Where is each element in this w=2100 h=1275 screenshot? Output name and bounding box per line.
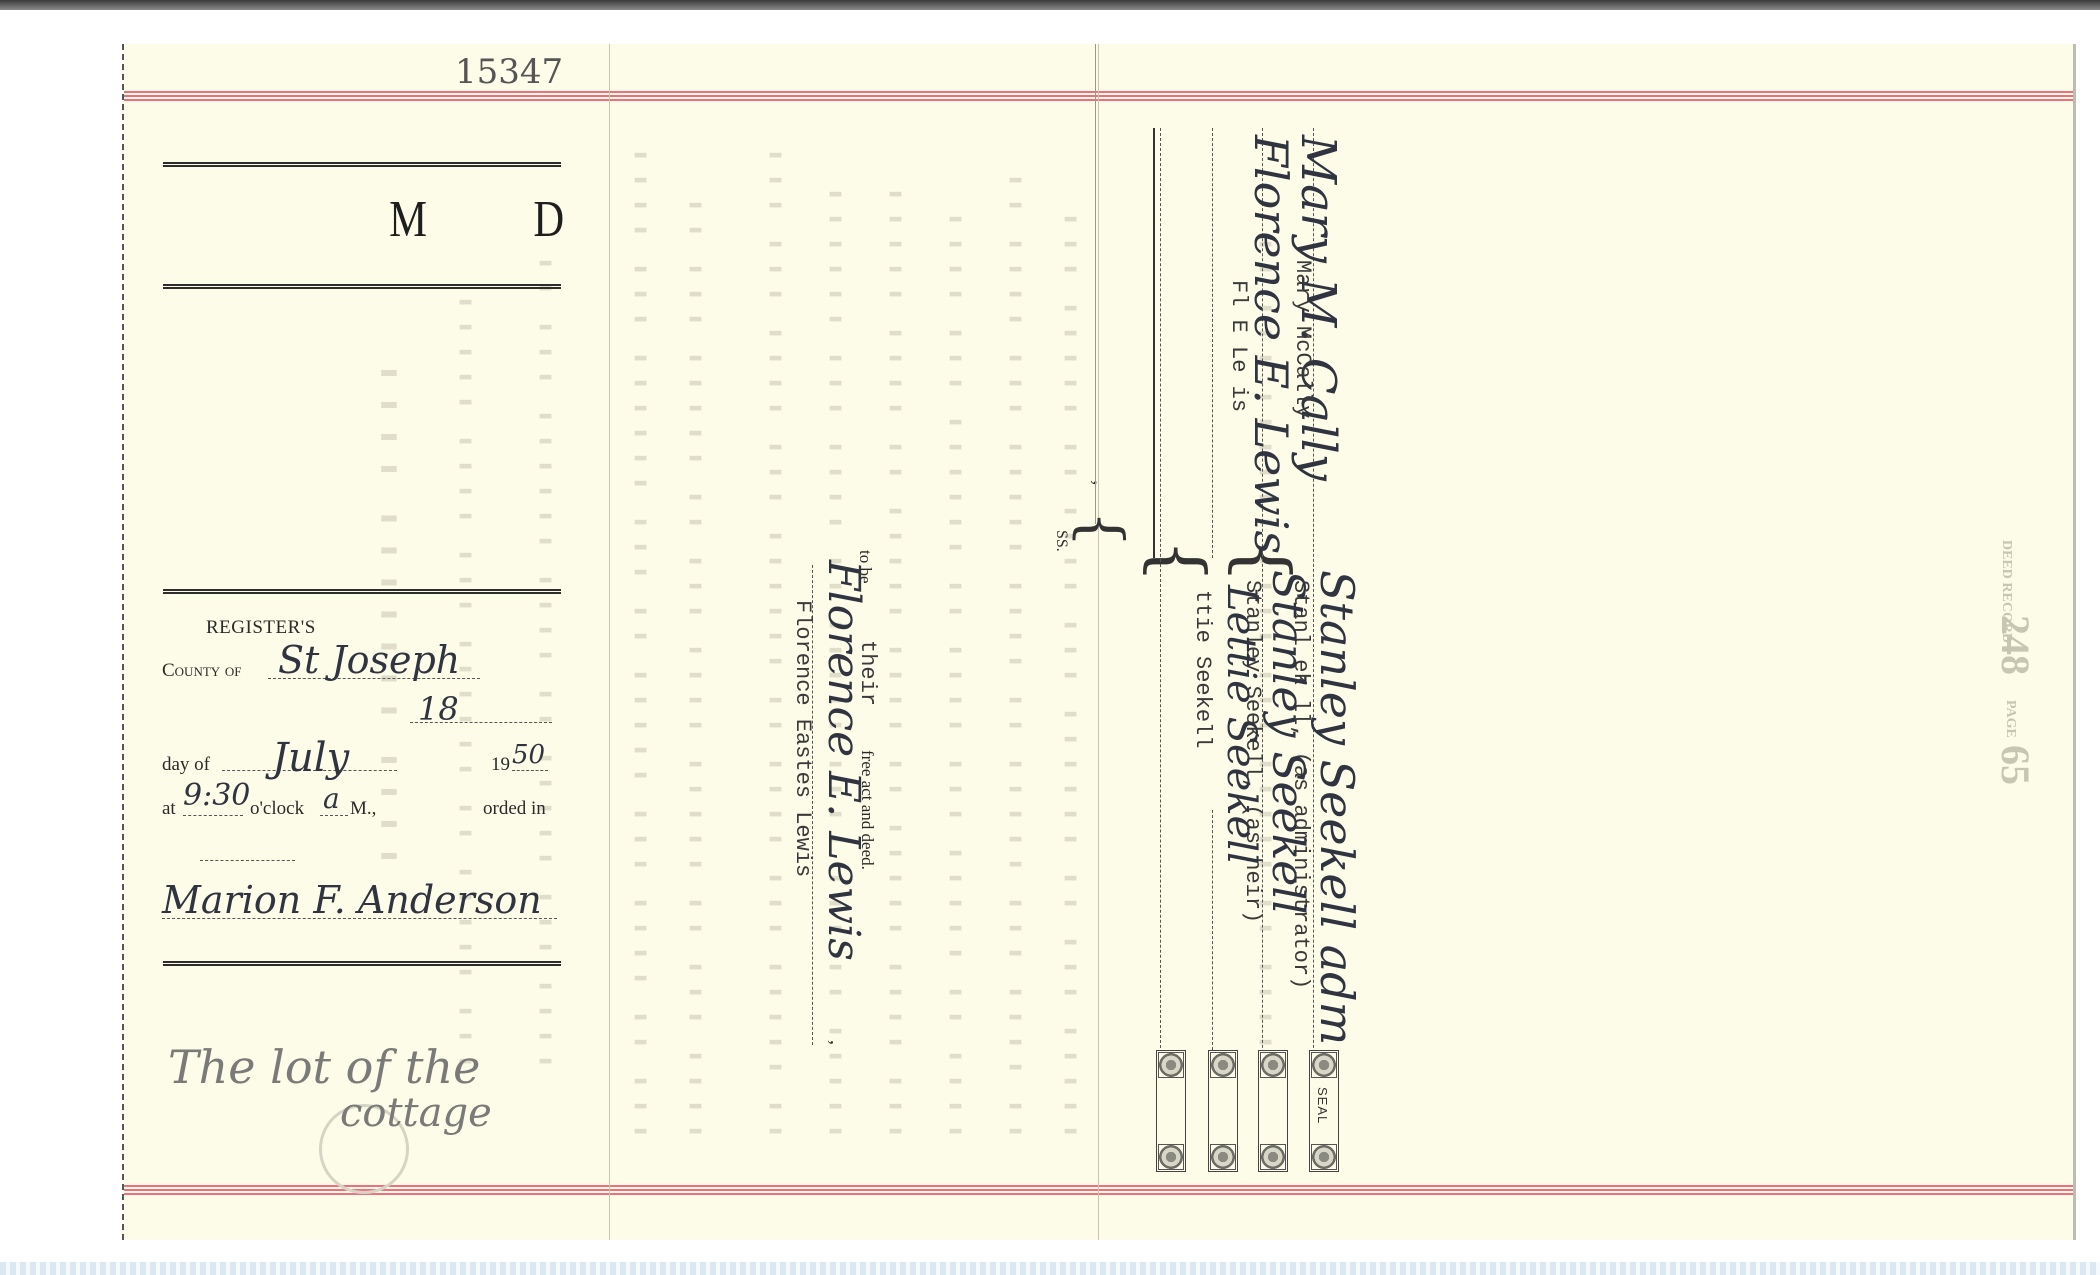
notary-signature: Florence E. Lewis — [818, 560, 869, 961]
seal-ornament-icon — [1158, 1144, 1184, 1170]
seal-box-4 — [1156, 1050, 1186, 1172]
register-heading: REGISTER'S — [206, 617, 316, 639]
scanner-bottom-strip — [0, 1262, 2100, 1275]
day-value: 18 — [418, 690, 459, 728]
signature-block-border — [1153, 128, 1155, 558]
signature-line-4 — [1160, 128, 1161, 1048]
bleed-through-text: ▬▬▬ ▬▬▬▬ ▬▬▬▬▬ ▬▬ ▬▬▬▬ ▬▬▬▬▬ ▬▬ ▬▬▬▬ ▬▬▬… — [884, 144, 907, 1144]
pencil-note-line1: The lot of the — [168, 1040, 480, 1094]
year-field-line — [512, 770, 548, 771]
at-label: at — [162, 798, 176, 820]
seal-box-3 — [1208, 1050, 1238, 1172]
title-letter-m: M — [389, 190, 427, 249]
title-rule-top — [163, 162, 561, 167]
bleed-through-text: ▬▬ ▬▬▬▬ ▬▬▬ ▬▬▬▬▬ ▬▬ ▬▬▬▬ ▬▬▬▬▬ ▬▬▬ ▬▬▬▬… — [1004, 144, 1027, 1144]
trailing-comma: , — [825, 1040, 848, 1045]
m-label: M., — [350, 798, 376, 820]
notary-typed-name: Florence Eastes Lewis — [790, 600, 815, 877]
book-field-line — [200, 860, 295, 861]
grantor-3-signature: Lettie Seekell — [1218, 585, 1264, 865]
seal-box-1: SEAL — [1309, 1050, 1339, 1172]
seal-box-2 — [1258, 1050, 1288, 1172]
seal-ornament-icon — [1210, 1052, 1236, 1078]
seal-ornament-icon — [1311, 1052, 1337, 1078]
bleed-through-text: ▬▬ ▬▬▬▬▬ ▬▬▬ ▬▬▬▬ ▬▬ ▬▬▬▬▬▬ ▬▬▬ ▬▬▬▬ ▬▬▬… — [764, 144, 787, 1144]
register-signature: Marion F. Anderson — [162, 878, 542, 922]
deed-record-page: 65 — [1992, 745, 2039, 785]
grantor-1-signature: Stanley Seekell adm — [1310, 570, 1364, 1045]
deed-record-volume: 248 — [1992, 615, 2039, 675]
grantor-3-typed: ttie Seekell — [1190, 590, 1215, 748]
bleed-through-text: ▬▬▬▬ ▬▬▬ ▬▬▬▬▬ ▬▬ ▬▬▬▬ ▬▬▬▬▬▬ ▬▬▬ ▬▬ — [534, 174, 557, 1074]
title-rule-bottom — [163, 284, 561, 289]
scanner-edge-bar — [0, 0, 2100, 10]
seal-ornament-icon — [1260, 1052, 1286, 1078]
bleed-through-title: ▬▬▬▬ ▬▬▬▬▬▬▬ ▬▬▬▬ — [374, 174, 404, 874]
register-rule-top — [163, 589, 561, 594]
signature-line-3 — [1212, 128, 1213, 558]
county-label: County of — [162, 660, 242, 682]
county-value: St Joseph — [278, 638, 460, 682]
paper-edge — [2073, 44, 2076, 1240]
fold-line-right — [1098, 44, 1099, 1240]
seal-ornament-icon — [1210, 1144, 1236, 1170]
recorded-in-label: orded in — [483, 798, 546, 820]
ampm-field-line — [320, 815, 348, 816]
seal-ornament-icon — [1260, 1144, 1286, 1170]
fold-line-left — [609, 44, 610, 1240]
register-rule-bottom — [163, 961, 561, 966]
seal-label: SEAL — [1315, 1087, 1330, 1124]
file-number: 15347 — [455, 52, 563, 92]
deed-record-page-label: PAGE — [2002, 700, 2018, 738]
seal-ornament-icon — [1158, 1052, 1184, 1078]
ampm-value: a — [323, 782, 340, 815]
title-letter-d: D — [533, 190, 564, 249]
bleed-through-text: ▬▬▬ ▬▬ ▬▬▬▬ ▬▬▬ ▬▬▬▬▬ ▬▬ ▬▬▬ ▬▬▬▬▬▬ ▬▬▬ … — [629, 144, 652, 1144]
seal-ornament-icon — [1311, 1144, 1337, 1170]
oclock-label: o'clock — [250, 798, 304, 820]
year-prefix: 19 — [491, 754, 510, 776]
bleed-through-text: ▬▬▬▬ ▬▬▬ ▬▬ ▬▬▬▬▬ ▬▬▬▬ ▬▬▬ ▬▬ ▬▬▬▬▬ ▬▬▬ … — [684, 144, 707, 1144]
signer-2-typed: Fl E Le is — [1226, 280, 1251, 412]
time-value: 9:30 — [183, 778, 250, 813]
day-of-label: day of — [162, 754, 210, 776]
bleed-through-text: ▬▬▬▬▬ ▬▬▬ ▬▬ ▬▬▬▬▬▬ ▬▬▬ ▬▬▬▬ ▬▬ ▬▬▬▬▬ ▬▬… — [1059, 144, 1082, 1144]
ss-label: SS. — [1052, 530, 1070, 552]
county-divider-line — [1095, 44, 1096, 524]
year-value: 50 — [512, 740, 545, 770]
signature-brace: } — [1131, 539, 1213, 584]
ss-brace: } — [1062, 511, 1130, 548]
bleed-through-text: ▬▬▬▬ ▬▬ ▬▬▬▬▬ ▬▬▬ ▬▬▬▬ ▬▬ ▬▬▬▬▬▬ ▬▬▬ ▬▬▬… — [944, 144, 967, 1144]
time-field-line — [183, 815, 243, 816]
signer-2-signature: Florence E. Lewis — [1244, 135, 1298, 554]
month-value: July — [272, 735, 349, 781]
signature-line-3b — [1212, 810, 1213, 1050]
grantor-2-signature: Stanley Seekell — [1262, 570, 1313, 914]
ss-comma: , — [1088, 480, 1114, 486]
pencil-note-line2: cottage — [340, 1090, 492, 1136]
bleed-through-text: ▬▬▬ ▬▬▬▬▬ ▬▬ ▬▬▬▬▬▬ ▬▬▬ ▬▬▬▬ ▬▬▬▬▬ — [454, 174, 477, 1074]
